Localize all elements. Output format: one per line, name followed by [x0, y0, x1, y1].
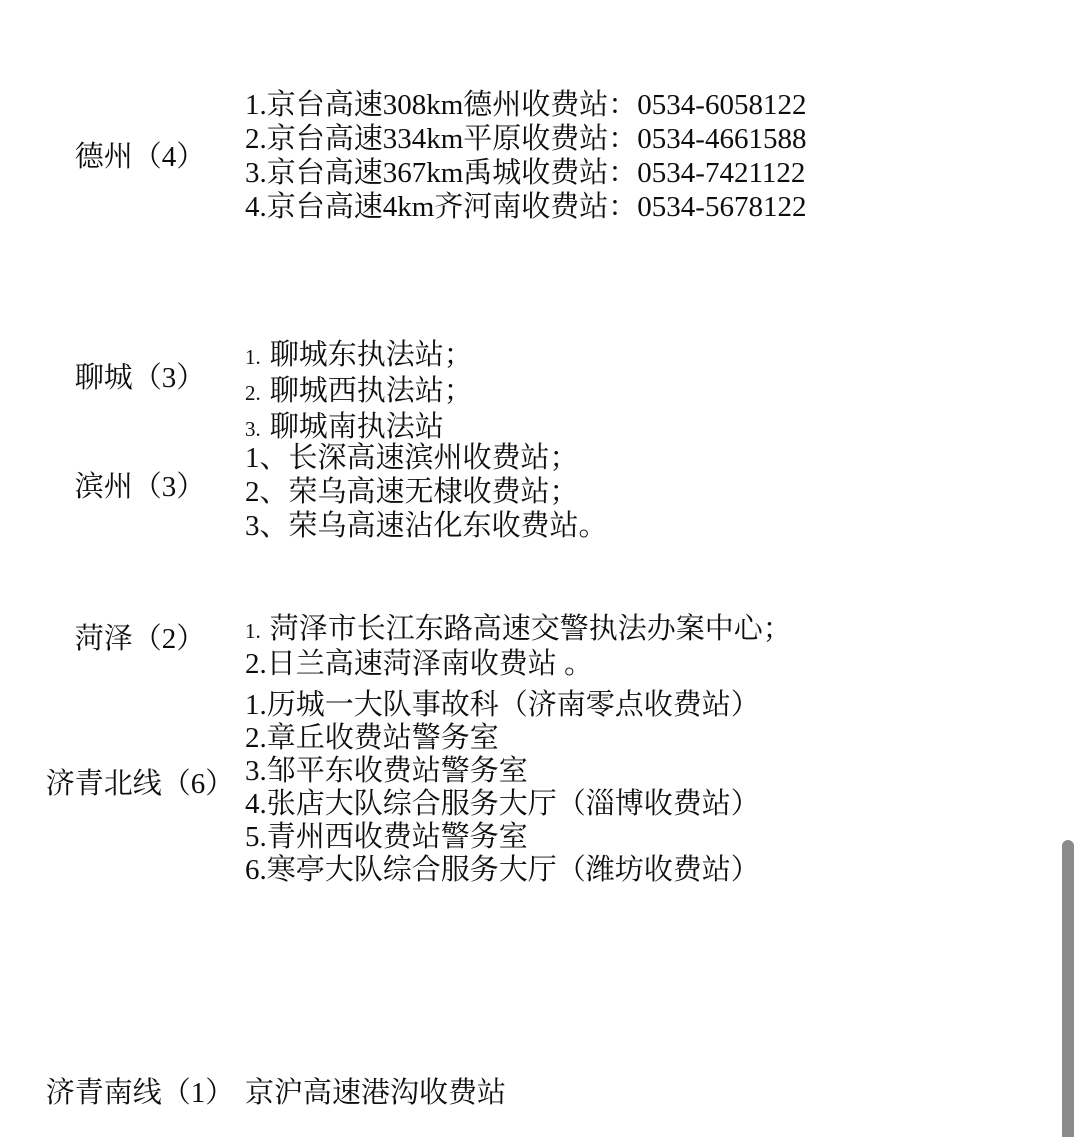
- item-text: 菏泽市长江东路高速交警执法办案中心；: [270, 613, 792, 645]
- station-list: 1.聊城东执法站； 2.聊城西执法站； 3.聊城南执法站: [245, 338, 473, 446]
- item-text: 聊城西执法站；: [270, 375, 473, 407]
- station-list: 京沪高速港沟收费站: [245, 1076, 506, 1110]
- station-item: 3、荣乌高速沾化东收费站。: [245, 509, 608, 543]
- item-text: 京台高速334km平原收费站：0534-4661588: [267, 123, 807, 155]
- section-label: 济青北线（6）: [35, 767, 245, 801]
- item-text: 长深高速滨州收费站；: [289, 442, 579, 474]
- document-page: 德州（4） 1.京台高速308km德州收费站：0534-6058122 2.京台…: [0, 0, 1080, 1137]
- item-number: 4.: [245, 191, 267, 223]
- item-text: 荣乌高速沾化东收费站。: [289, 510, 608, 542]
- station-list: 1、长深高速滨州收费站； 2、荣乌高速无棣收费站； 3、荣乌高速沾化东收费站。: [245, 441, 608, 543]
- item-number: 3、: [245, 510, 289, 542]
- item-text: 历城一大队事故科（济南零点收费站）: [267, 689, 760, 721]
- item-text: 青州西收费站警务室: [267, 821, 528, 853]
- station-item: 3.京台高速367km禹城收费站：0534-7421122: [245, 156, 806, 190]
- item-text: 聊城南执法站: [270, 411, 444, 443]
- item-number: 2.: [245, 123, 267, 155]
- item-text: 聊城东执法站；: [270, 339, 473, 371]
- item-number: 1、: [245, 442, 289, 474]
- section-label: 德州（4）: [35, 140, 245, 174]
- station-list: 1.京台高速308km德州收费站：0534-6058122 2.京台高速334k…: [245, 88, 806, 224]
- station-item: 1、长深高速滨州收费站；: [245, 441, 608, 475]
- station-item: 1.京台高速308km德州收费站：0534-6058122: [245, 88, 806, 122]
- item-text: 寒亭大队综合服务大厅（潍坊收费站）: [267, 854, 760, 886]
- section-label: 菏泽（2）: [35, 622, 245, 656]
- item-text: 京沪高速港沟收费站: [245, 1077, 506, 1109]
- station-item: 京沪高速港沟收费站: [245, 1076, 506, 1110]
- item-number: 2.: [245, 648, 267, 680]
- station-item: 2.章丘收费站警务室: [245, 722, 760, 755]
- station-list: 1.历城一大队事故科（济南零点收费站） 2.章丘收费站警务室 3.邹平东收费站警…: [245, 689, 760, 887]
- item-number: 2.: [245, 722, 267, 754]
- section-label: 济青南线（1）: [35, 1076, 245, 1110]
- item-text: 邹平东收费站警务室: [267, 755, 528, 787]
- station-item: 6.寒亭大队综合服务大厅（潍坊收费站）: [245, 854, 760, 887]
- station-item: 1.菏泽市长江东路高速交警执法办案中心；: [245, 613, 792, 648]
- station-item: 4.京台高速4km齐河南收费站：0534-5678122: [245, 190, 806, 224]
- item-number: 1.: [245, 89, 267, 121]
- station-item: 2、荣乌高速无棣收费站；: [245, 475, 608, 509]
- station-item: 5.青州西收费站警务室: [245, 821, 760, 854]
- scrollbar-thumb[interactable]: [1062, 840, 1074, 1137]
- item-number: 2.: [245, 381, 261, 405]
- station-item: 2.聊城西执法站；: [245, 374, 473, 410]
- item-text: 荣乌高速无棣收费站；: [289, 476, 579, 508]
- item-number: 3.: [245, 755, 267, 787]
- station-list: 1.菏泽市长江东路高速交警执法办案中心； 2.日兰高速菏泽南收费站 。: [245, 613, 792, 681]
- station-item: 4.张店大队综合服务大厅（淄博收费站）: [245, 788, 760, 821]
- item-number: 3.: [245, 157, 267, 189]
- item-number: 6.: [245, 854, 267, 886]
- section-label: 聊城（3）: [35, 361, 245, 395]
- item-number: 1.: [245, 345, 261, 369]
- item-text: 京台高速308km德州收费站：0534-6058122: [267, 89, 807, 121]
- item-text: 京台高速4km齐河南收费站：0534-5678122: [267, 191, 807, 223]
- station-item: 2.京台高速334km平原收费站：0534-4661588: [245, 122, 806, 156]
- station-item: 3.邹平东收费站警务室: [245, 755, 760, 788]
- item-text: 京台高速367km禹城收费站：0534-7421122: [267, 157, 806, 189]
- section-label: 滨州（3）: [35, 470, 245, 504]
- station-item: 1.历城一大队事故科（济南零点收费站）: [245, 689, 760, 722]
- item-number: 1.: [245, 619, 261, 643]
- station-item: 1.聊城东执法站；: [245, 338, 473, 374]
- item-text: 章丘收费站警务室: [267, 722, 499, 754]
- item-text: 日兰高速菏泽南收费站 。: [267, 648, 593, 680]
- item-number: 2、: [245, 476, 289, 508]
- item-number: 5.: [245, 821, 267, 853]
- station-item: 2.日兰高速菏泽南收费站 。: [245, 648, 792, 681]
- item-number: 3.: [245, 417, 261, 441]
- item-text: 张店大队综合服务大厅（淄博收费站）: [267, 788, 760, 820]
- item-number: 1.: [245, 689, 267, 721]
- item-number: 4.: [245, 788, 267, 820]
